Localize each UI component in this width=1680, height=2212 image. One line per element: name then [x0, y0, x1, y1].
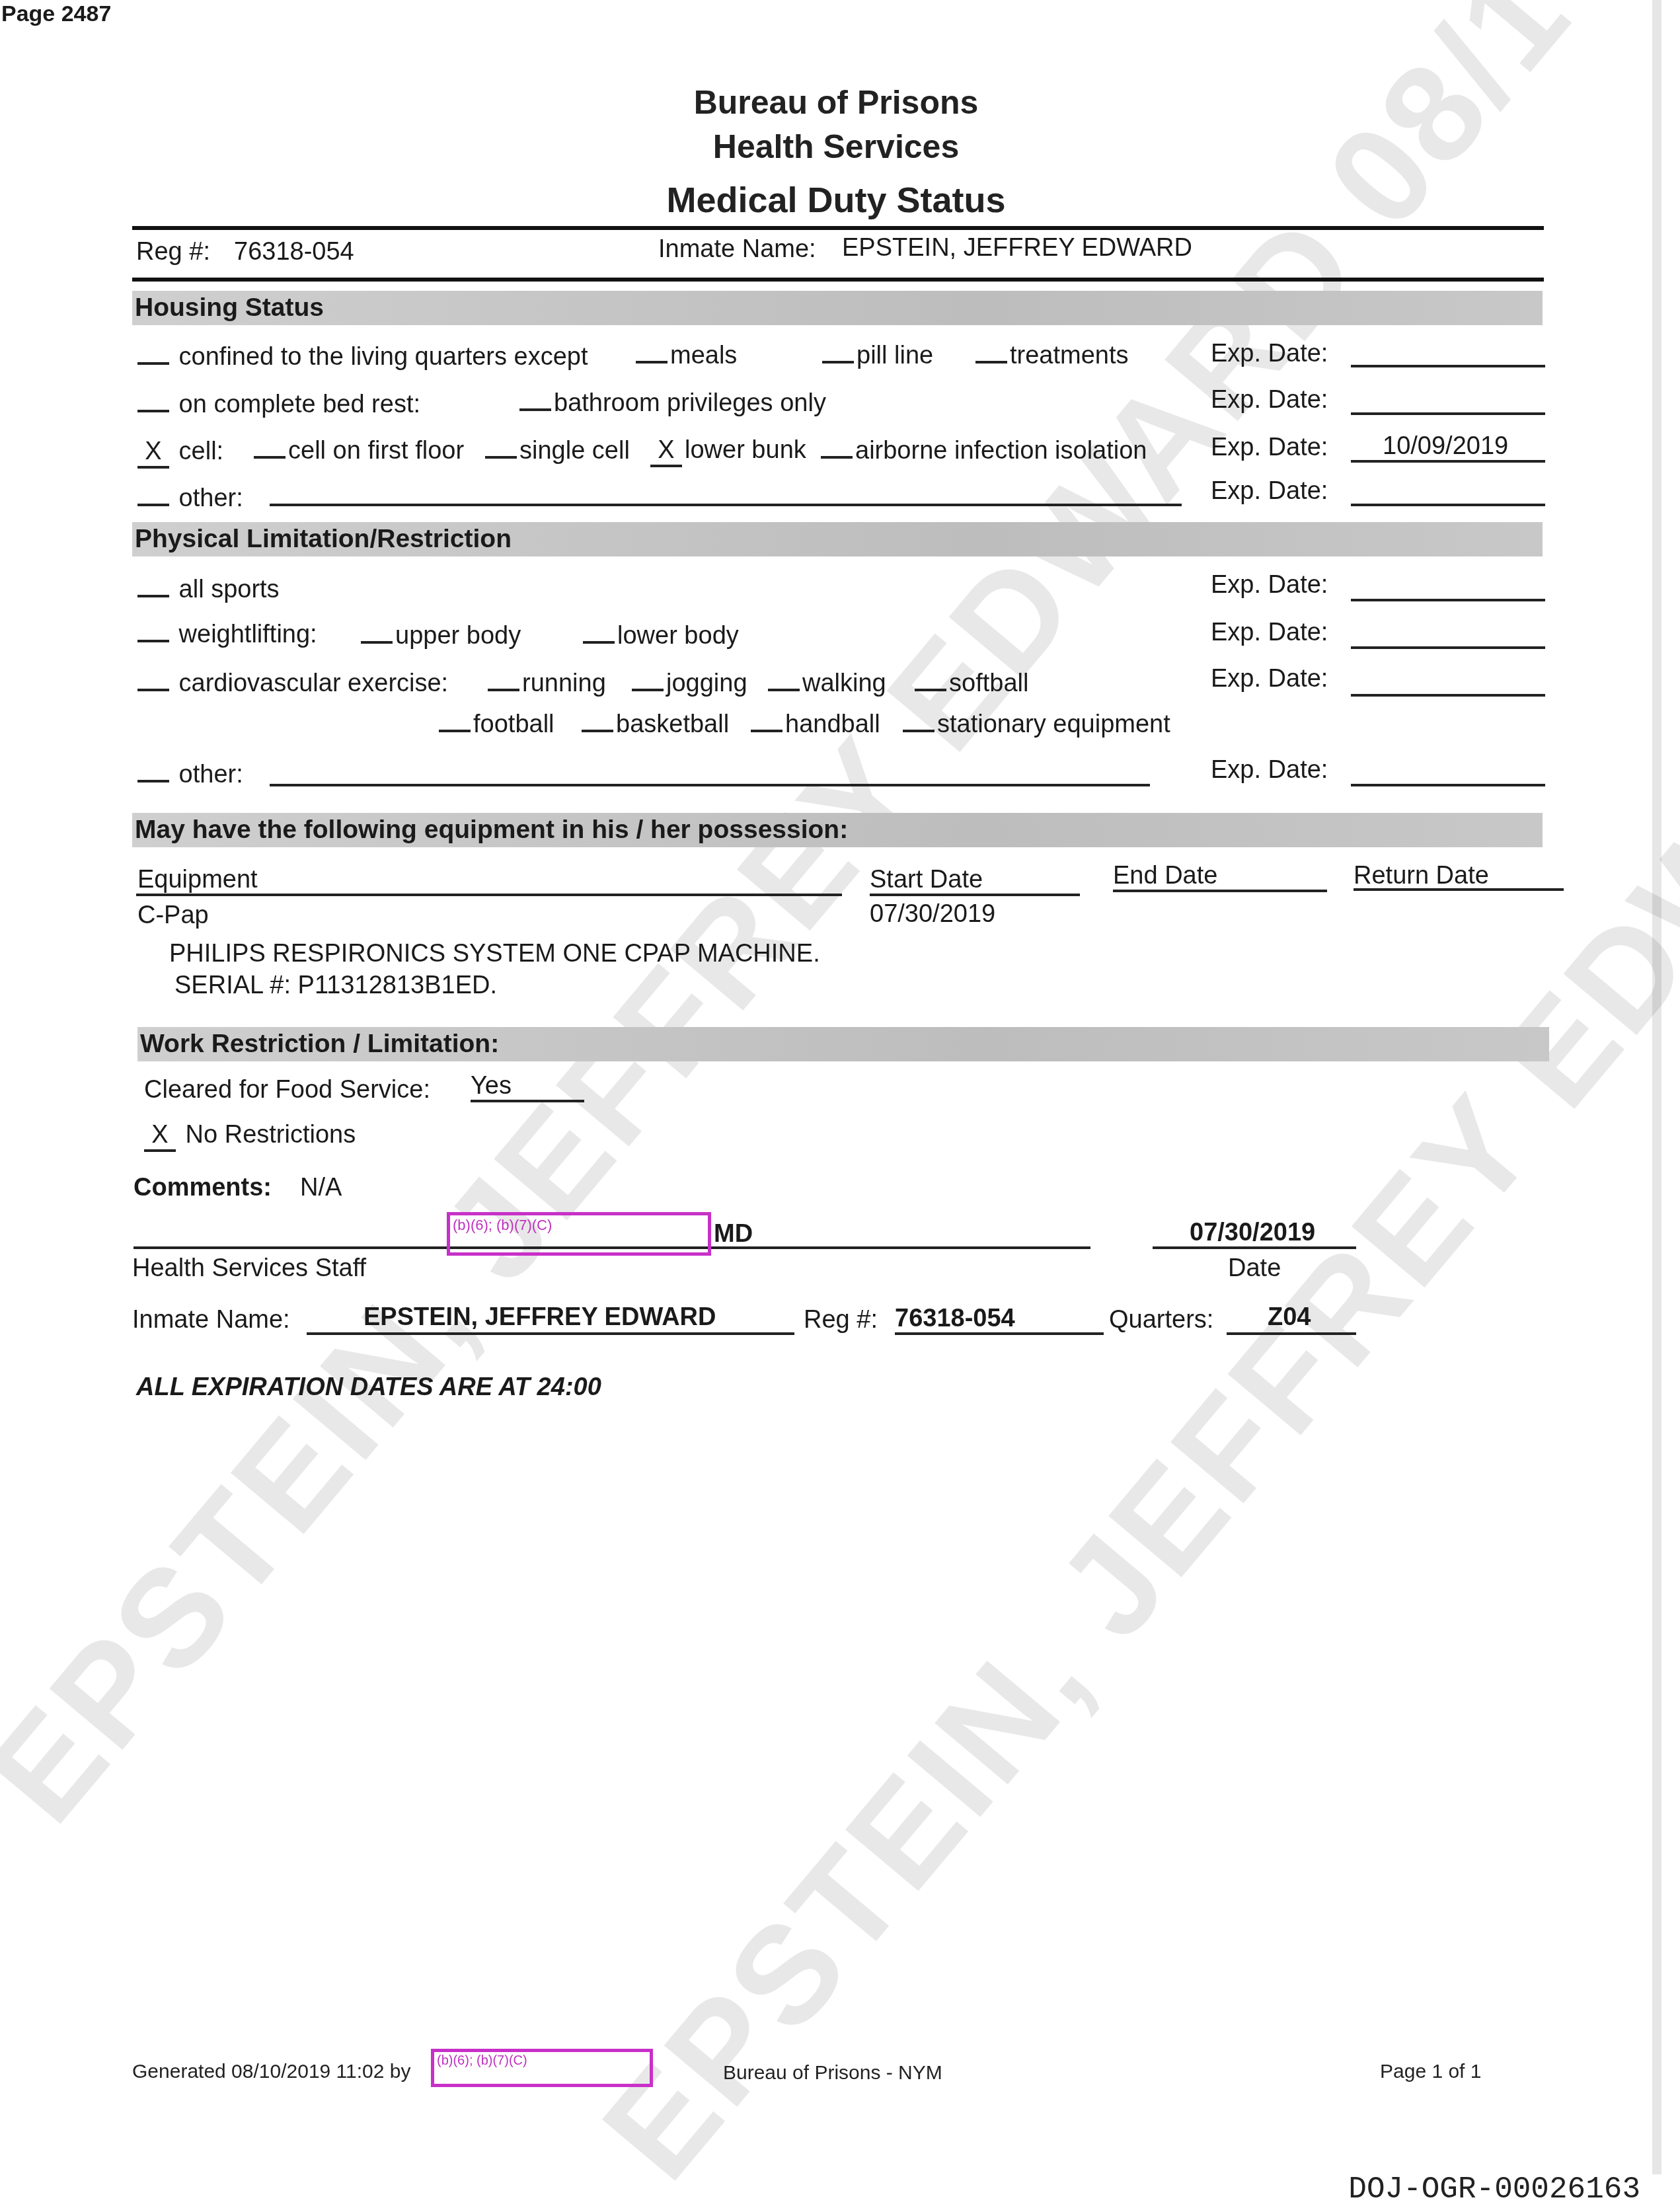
option-handball: handball	[751, 710, 880, 739]
checkbox-upper-body[interactable]	[361, 621, 393, 644]
checkbox-football[interactable]	[439, 710, 471, 732]
option-upper-body: upper body	[361, 621, 521, 650]
redaction-box: (b)(6); (b)(7)(C)	[431, 2049, 653, 2087]
footer-inmate-name-value: EPSTEIN, JEFFREY EDWARD	[363, 1303, 716, 1332]
footer-reg-value: 76318-054	[895, 1305, 1015, 1333]
equipment-serial: SERIAL #: P11312813B1ED.	[174, 972, 497, 1000]
option-stationary-equipment: stationary equipment	[903, 710, 1170, 739]
section-work-restriction: Work Restriction / Limitation:	[137, 1027, 1549, 1061]
bates-number: DOJ-OGR-00026163	[1348, 2172, 1640, 2207]
checkbox-meals[interactable]	[636, 341, 668, 363]
section-title: Housing Status	[135, 293, 324, 323]
footer-reg-label: Reg #:	[804, 1306, 878, 1334]
column-start-date: Start Date	[870, 866, 983, 894]
checkbox-airborne[interactable]	[821, 436, 853, 459]
signature-suffix: MD	[714, 1220, 753, 1248]
option-lower-body: lower body	[583, 621, 739, 650]
checkbox-basketball[interactable]	[582, 710, 613, 732]
header-rule-bottom	[132, 278, 1544, 282]
no-restrictions-row: X No Restrictions	[144, 1121, 356, 1152]
option-bathroom: bathroom privileges only	[519, 389, 826, 418]
checkbox-running[interactable]	[488, 669, 519, 691]
inmate-name-label: Inmate Name:	[658, 235, 816, 264]
exp-date-field[interactable]	[1351, 694, 1545, 697]
physical-row-weightlifting: weightlifting:	[137, 620, 317, 649]
column-return-date: Return Date	[1354, 862, 1489, 890]
exp-date-field[interactable]	[1351, 504, 1545, 506]
checkbox-cell[interactable]: X	[137, 438, 169, 469]
housing-other-field[interactable]	[270, 504, 1182, 506]
date-label: Date	[1228, 1254, 1281, 1283]
checkbox-all-sports[interactable]	[137, 575, 169, 597]
exp-date-label: Exp. Date:	[1211, 386, 1328, 414]
physical-row-other: other:	[137, 760, 243, 789]
food-service-value: Yes	[471, 1072, 512, 1100]
footer-org: Bureau of Prisons - NYM	[723, 2062, 942, 2084]
column-equipment: Equipment	[137, 866, 258, 894]
signature-date-line	[1153, 1246, 1356, 1249]
exp-date-field[interactable]	[1351, 646, 1545, 649]
generated-text: Generated 08/10/2019 11:02 by	[132, 2061, 410, 2083]
checkbox-jogging[interactable]	[632, 669, 664, 691]
exp-date-value: 10/09/2019	[1383, 432, 1508, 461]
checkbox-lower-body[interactable]	[583, 621, 615, 644]
section-title: May have the following equipment in his …	[135, 816, 848, 845]
column-underline	[1113, 890, 1327, 892]
exp-date-field[interactable]	[1351, 784, 1545, 786]
checkbox-single-cell[interactable]	[485, 436, 517, 459]
option-football: football	[439, 710, 554, 739]
checkbox-no-restrictions[interactable]: X	[144, 1121, 176, 1152]
column-underline	[1354, 888, 1564, 891]
option-running: running	[488, 669, 606, 698]
option-meals: meals	[636, 341, 737, 370]
exp-date-label: Exp. Date:	[1211, 756, 1328, 784]
inmate-name-value: EPSTEIN, JEFFREY EDWARD	[842, 234, 1192, 262]
physical-row-all-sports: all sports	[137, 575, 280, 604]
food-service-field[interactable]	[471, 1100, 584, 1102]
exp-date-label: Exp. Date:	[1211, 340, 1328, 368]
physical-other-field[interactable]	[270, 784, 1150, 786]
section-physical-limitation: Physical Limitation/Restriction	[132, 522, 1543, 556]
option-lower-bunk: Xlower bunk	[650, 436, 806, 467]
exp-date-label: Exp. Date:	[1211, 477, 1328, 506]
checkbox-bathroom[interactable]	[519, 389, 551, 411]
option-pill-line: pill line	[822, 341, 933, 370]
column-underline	[136, 894, 842, 896]
checkbox-treatments[interactable]	[975, 341, 1007, 363]
checkbox-bed-rest[interactable]	[137, 390, 169, 412]
footer-page-number: Page 1 of 1	[1380, 2061, 1481, 2083]
footer-quarters-label: Quarters:	[1109, 1306, 1213, 1334]
checkbox-housing-other[interactable]	[137, 484, 169, 506]
header-rule-top	[132, 226, 1544, 230]
exp-date-field[interactable]	[1351, 460, 1545, 463]
option-single-cell: single cell	[485, 436, 630, 465]
housing-row-bed-rest: on complete bed rest:	[137, 390, 420, 419]
option-airborne-isolation: airborne infection isolation	[821, 436, 1147, 465]
checkbox-confined[interactable]	[137, 342, 169, 365]
option-basketball: basketball	[582, 710, 729, 739]
exp-date-field[interactable]	[1351, 412, 1545, 415]
column-underline	[870, 894, 1080, 896]
checkbox-weightlifting[interactable]	[137, 620, 169, 642]
option-walking: walking	[768, 669, 886, 698]
department-title: Health Services	[539, 128, 1133, 166]
signature-date: 07/30/2019	[1190, 1219, 1315, 1247]
staff-label: Health Services Staff	[132, 1254, 366, 1283]
housing-row-cell: X cell:	[137, 438, 223, 469]
equipment-name: C-Pap	[137, 901, 209, 930]
checkbox-lower-bunk[interactable]: X	[650, 436, 682, 467]
exp-date-label: Exp. Date:	[1211, 571, 1328, 599]
equipment-description: PHILIPS RESPIRONICS SYSTEM ONE CPAP MACH…	[169, 940, 820, 968]
footer-quarters-line	[1227, 1332, 1356, 1335]
option-first-floor: cell on first floor	[254, 436, 464, 465]
checkbox-walking[interactable]	[768, 669, 800, 691]
option-treatments: treatments	[975, 341, 1129, 370]
checkbox-stationary[interactable]	[903, 710, 935, 732]
section-housing-status: Housing Status	[132, 291, 1543, 325]
page-label: Page 2487	[1, 1, 111, 27]
section-equipment: May have the following equipment in his …	[132, 813, 1543, 847]
section-title: Work Restriction / Limitation:	[140, 1030, 499, 1059]
checkbox-cardio[interactable]	[137, 669, 169, 691]
housing-row-confined: confined to the living quarters except	[137, 342, 588, 371]
exp-date-field[interactable]	[1351, 599, 1545, 601]
redaction-box: (b)(6); (b)(7)(C)	[447, 1212, 711, 1256]
exp-date-field[interactable]	[1351, 365, 1545, 367]
footer-quarters-value: Z04	[1268, 1303, 1311, 1332]
exp-date-label: Exp. Date:	[1211, 665, 1328, 693]
column-end-date: End Date	[1113, 862, 1217, 890]
housing-row-other: other:	[137, 484, 243, 513]
equipment-start-date: 07/30/2019	[870, 900, 995, 929]
agency-title: Bureau of Prisons	[539, 83, 1133, 122]
section-title: Physical Limitation/Restriction	[135, 525, 512, 554]
checkbox-softball[interactable]	[915, 669, 946, 691]
checkbox-physical-other[interactable]	[137, 760, 169, 782]
comments-label: Comments:	[134, 1174, 272, 1202]
option-softball: softball	[915, 669, 1028, 698]
checkbox-handball[interactable]	[751, 710, 783, 732]
physical-row-cardio: cardiovascular exercise:	[137, 669, 448, 698]
food-service-label: Cleared for Food Service:	[144, 1076, 430, 1104]
footer-name-line	[307, 1332, 794, 1335]
checkbox-first-floor[interactable]	[254, 436, 286, 459]
expiration-note: ALL EXPIRATION DATES ARE AT 24:00	[136, 1373, 601, 1402]
page-title: Medical Duty Status	[539, 180, 1133, 221]
reg-label: Reg #:	[136, 238, 210, 266]
option-jogging: jogging	[632, 669, 747, 698]
checkbox-pill-line[interactable]	[822, 341, 854, 363]
footer-reg-line	[895, 1332, 1104, 1335]
exp-date-label: Exp. Date:	[1211, 434, 1328, 462]
exp-date-label: Exp. Date:	[1211, 619, 1328, 647]
footer-inmate-name-label: Inmate Name:	[132, 1306, 290, 1334]
comments-value: N/A	[300, 1174, 342, 1202]
reg-value: 76318-054	[234, 238, 354, 266]
